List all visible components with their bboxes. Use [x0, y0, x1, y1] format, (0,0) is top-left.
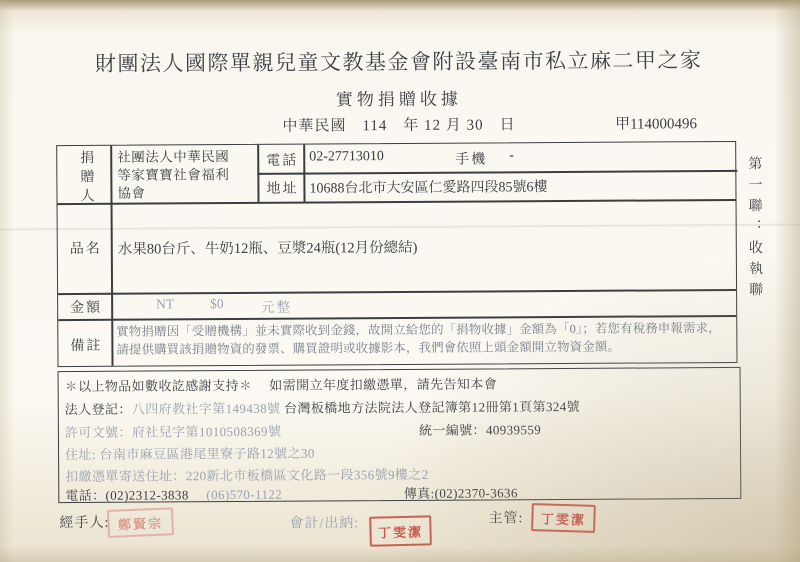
footer-phone2: (06)570-1122 — [206, 487, 282, 502]
donor-label: 捐贈人 — [75, 150, 95, 207]
address-value: 10688台北市大安區仁愛路四段85號6樓 — [309, 176, 547, 197]
supervisor-stamp: 丁雯潔 — [531, 503, 596, 533]
phone-label: 電話 — [266, 150, 298, 170]
tax-id-value: 40939559 — [486, 422, 541, 437]
address-label: 地址 — [266, 178, 298, 198]
footer-fax: 傳真:(02)2370-3636 — [404, 485, 518, 501]
receipt-serial-number: 甲114000496 — [615, 112, 697, 134]
tax-id-label: 統一編號： — [419, 422, 486, 437]
handler-stamp: 鄭賢宗 — [107, 507, 174, 538]
org-address-line: 住址: 台南市麻豆區港尾里寮子路12號之30 — [65, 443, 315, 464]
table-line-row2-bottom — [58, 289, 736, 295]
supervisor-label: 主管: — [488, 507, 523, 527]
donor-name-line3: 協會 — [117, 184, 229, 203]
amount-currency: NT — [156, 296, 174, 312]
table-line-phone-row — [257, 170, 737, 174]
mobile-label: 手機 — [455, 148, 487, 168]
footer-info-box: ✽以上物品如數收訖感謝支持✽ 如需開立年度扣繳憑單，請先告知本會 法人登記：八四… — [58, 367, 742, 503]
receipt-document: 財團法人國際單親兒童文教基金會附設臺南市私立麻二甲之家 實物捐贈收據 中華民國 … — [0, 0, 800, 562]
receipt-table: 捐贈人 社團法人中華民國 等家寶寶社會福利 協會 電話 02-27713010 … — [56, 141, 737, 367]
donor-name-line1: 社團法人中華民國 — [117, 148, 229, 167]
footer-phone1: (02)2312-3838 — [105, 487, 188, 503]
amount-value: $0 — [210, 296, 224, 312]
legal-number: 八四府教社字第149438號 — [132, 401, 281, 417]
scanned-receipt-page: 財團法人國際單親兒童文教基金會附設臺南市私立麻二甲之家 實物捐贈收據 中華民國 … — [0, 0, 800, 562]
accountant-stamp: 丁雯潔 — [369, 515, 432, 546]
phone-fax-line: 電話：(02)2312-3838 (06)570-1122 傳真:(02)237… — [65, 482, 518, 504]
mailing-address-line: 扣繳憑單寄送住址：220新北市板橋區文化路一段356號9樓之2 — [65, 464, 429, 485]
permit-number-line: 許可文號：府社兒字第1010508369號 — [65, 421, 282, 441]
document-title: 實物捐贈收據 — [0, 83, 799, 113]
table-line-label-col — [110, 146, 113, 366]
item-label: 品名 — [70, 238, 102, 258]
footer-phone-label: 電話： — [65, 488, 105, 503]
copy-number-side-label: 第一聯：收執聯 — [743, 156, 764, 303]
note-text: 實物捐贈因「受贈機構」並未實際收到金錢，故開立給您的「捐物收據」金額為「0」；若… — [116, 320, 731, 359]
amount-label: 金額 — [70, 297, 102, 317]
note-label: 備註 — [70, 335, 102, 355]
handler-label: 經手人: — [59, 512, 109, 532]
organization-title: 財團法人國際單親兒童文教基金會附設臺南市私立麻二甲之家 — [0, 44, 799, 79]
phone-value: 02-27713010 — [309, 149, 384, 165]
legal-court: 台灣板橋地方法院法人登記簿第12冊第1頁第324號 — [284, 399, 580, 416]
mobile-value: - — [509, 148, 514, 164]
thanks-line: ✽以上物品如數收訖感謝支持✽ 如需開立年度扣繳憑單，請先告知本會 — [65, 373, 498, 395]
legal-registration-line: 法人登記：八四府教社字第149438號 台灣板橋地方法院法人登記簿第12冊第1頁… — [65, 396, 580, 418]
tax-id-line: 統一編號：40939559 — [419, 419, 541, 439]
donor-name: 社團法人中華民國 等家寶寶社會福利 協會 — [117, 148, 229, 203]
item-value: 水果80台斤、牛奶12瓶、豆漿24瓶(12月份總結) — [118, 236, 418, 259]
accountant-label: 會計/出納: — [289, 512, 359, 532]
legal-label: 法人登記： — [65, 402, 132, 417]
amount-unit: 元整 — [261, 296, 292, 316]
donor-name-line2: 等家寶寶社會福利 — [117, 166, 229, 185]
